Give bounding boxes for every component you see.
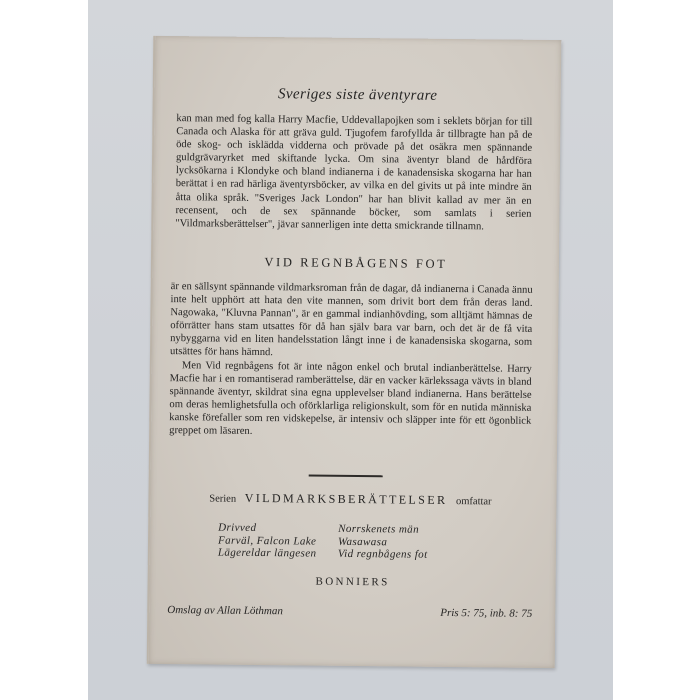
series-line: Serien VILDMARKSBERÄTTELSER omfattar — [160, 490, 540, 509]
description-paragraph: Men Vid regnbågens fot är inte någon enk… — [169, 359, 532, 441]
tagline: Sveriges siste äventyrare — [155, 85, 561, 106]
series-titles: Drivved Norrskenets män Farväl, Falcon L… — [218, 522, 518, 563]
series-name: VILDMARKSBERÄTTELSER — [245, 491, 448, 507]
intro-text: kan man med fog kalla Harry Macfie, Udde… — [175, 112, 532, 234]
series-title: Vid regnbågens fot — [338, 548, 498, 562]
footer: Omslag av Allan Löthman Pris 5: 75, inb.… — [167, 604, 532, 620]
book-back-cover: Sveriges siste äventyrare kan man med fo… — [147, 36, 562, 668]
publisher: BONNIERS — [150, 574, 556, 590]
series-title: Lägereldar längesen — [218, 547, 338, 561]
description-paragraph: är en sällsynt spännande vildmarksroman … — [170, 280, 533, 362]
price: Pris 5: 75, inb. 8: 75 — [440, 607, 532, 620]
series-title: Farväl, Falcon Lake — [218, 534, 338, 548]
series-title: Drivved — [218, 522, 338, 536]
cover-credit: Omslag av Allan Löthman — [167, 604, 283, 617]
intro-paragraph: kan man med fog kalla Harry Macfie, Udde… — [175, 112, 532, 234]
section-divider — [309, 475, 383, 477]
book-title: VID REGNBÅGENS FOT — [153, 254, 559, 273]
series-suffix: omfattar — [456, 496, 492, 507]
description: är en sällsynt spännande vildmarksroman … — [169, 280, 533, 441]
series-prefix: Serien — [209, 493, 236, 504]
